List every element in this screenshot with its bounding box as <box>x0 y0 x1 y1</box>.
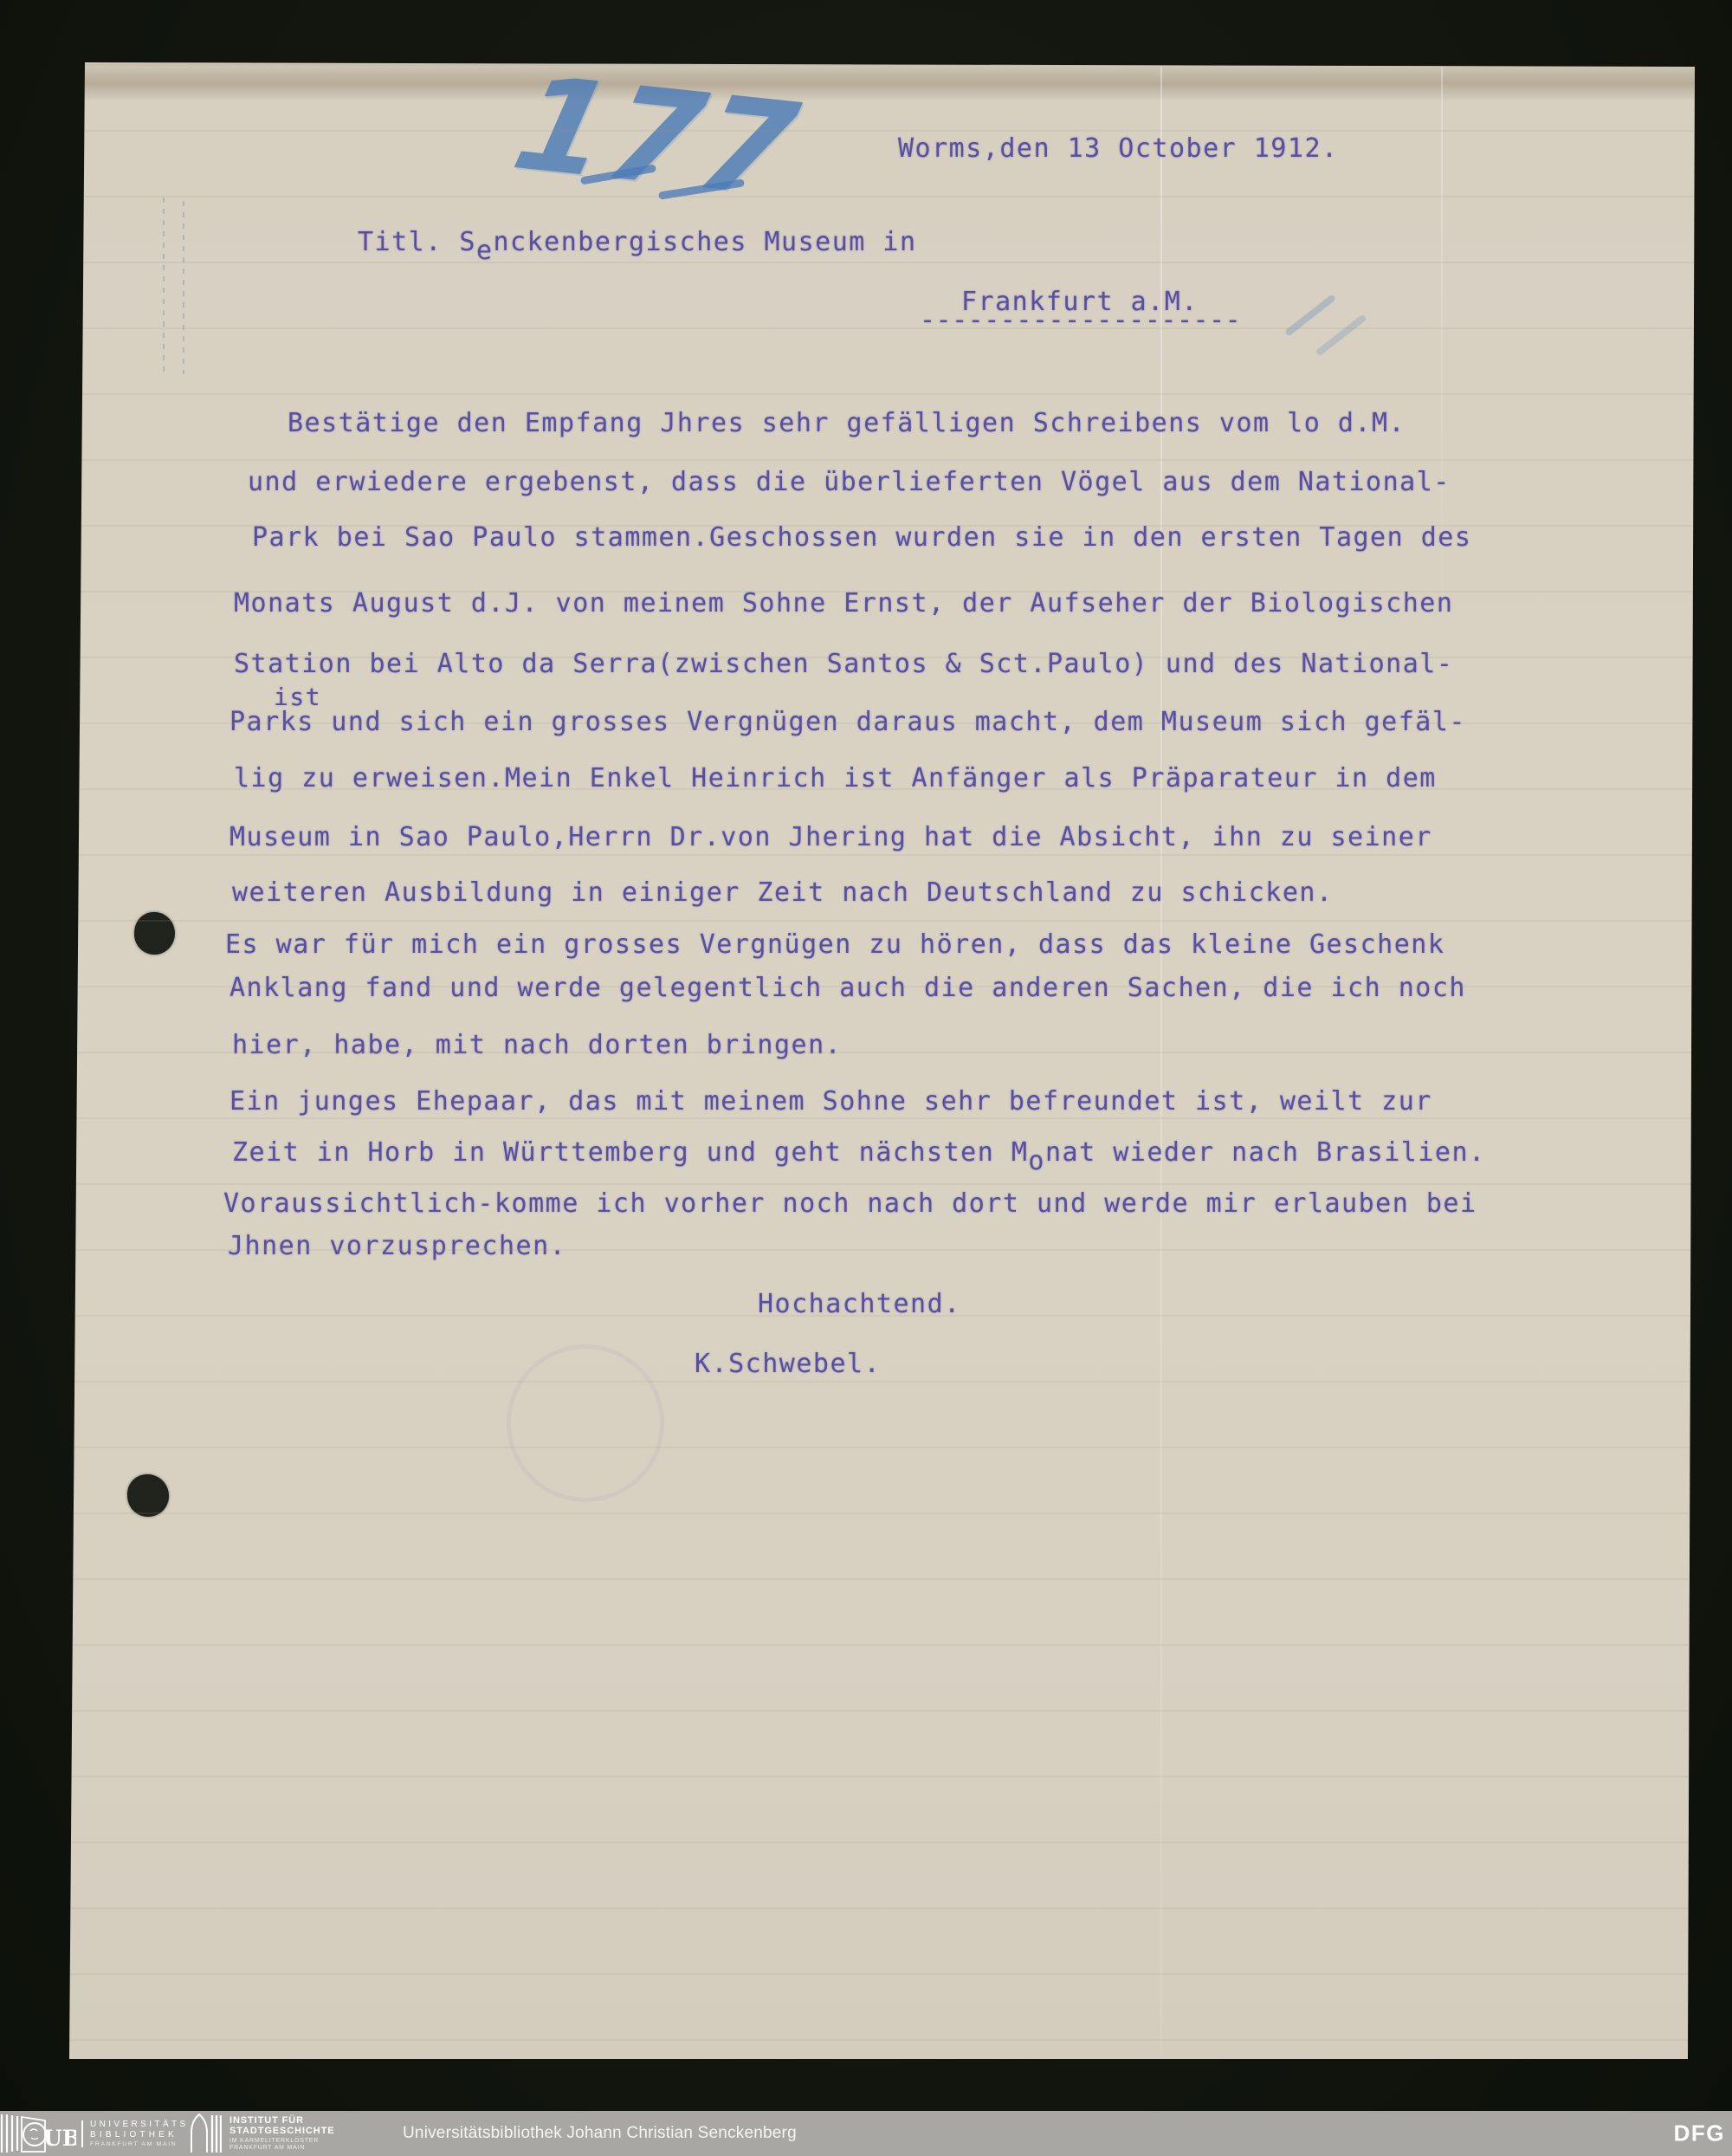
typewritten-line-16: Jhnen vorzusprechen. <box>228 1230 566 1263</box>
typewritten-line-12: hier, habe, mit nach dorten bringen. <box>232 1029 842 1062</box>
closing-line: Hochachtend. <box>758 1288 961 1321</box>
typewritten-line-10: Es war für mich ein grosses Vergnügen zu… <box>225 929 1444 961</box>
ub-logo-icon: UB <box>0 2114 76 2153</box>
typewritten-line-6: Parks und sich ein grosses Vergnügen dar… <box>229 706 1466 739</box>
ub-name-block: UNIVERSITÄTS BIBLIOTHEK FRANKFURT AM MAI… <box>81 2120 189 2147</box>
institute-line1: INSTITUT FÜR <box>229 2116 334 2127</box>
typewritten-line-4: Monats August d.J. von meinem Sohne Erns… <box>234 587 1453 620</box>
ink-show-through <box>1284 294 1336 336</box>
typewritten-line-8: Museum in Sao Paulo,Herrn Dr.von Jhering… <box>229 821 1432 854</box>
recipient-prefix: Titl. S <box>358 227 476 257</box>
library-name-text: Universitätsbibliothek Johann Christian … <box>403 2124 797 2143</box>
institute-line3: IM KARMELITERKLOSTER <box>229 2138 334 2145</box>
typewritten-line-7: lig zu erweisen.Mein Enkel Heinrich ist … <box>234 762 1437 795</box>
signature-line: K.Schwebel. <box>695 1348 881 1381</box>
institute-name-block: INSTITUT FÜR STADTGESCHICHTE IM KARMELIT… <box>229 2116 334 2152</box>
paper-crease <box>1160 67 1162 2057</box>
ub-name-line2: BIBLIOTHEK <box>90 2131 189 2140</box>
ub-name-line1: UNIVERSITÄTS <box>90 2120 189 2129</box>
city-underline-dashes: -------------------- <box>920 304 1241 337</box>
recipient-line: Titl. Senckenbergisches Museum in <box>358 226 917 259</box>
line14-dropped-letter: o <box>1028 1146 1045 1176</box>
typewritten-line-3: Park bei Sao Paulo stammen.Geschossen wu… <box>252 521 1471 554</box>
recipient-dropped-letter: e <box>476 236 494 266</box>
scan-background: 177 Worms,den 13 October 1912. Titl. Sen… <box>0 0 1732 2156</box>
library-footer-bar: UB UNIVERSITÄTS BIBLIOTHEK FRANKFURT AM … <box>0 2111 1732 2156</box>
typewritten-line-15: Voraussichtlich-komme ich vorher noch na… <box>223 1188 1477 1220</box>
recipient-rest: nckenbergisches Museum in <box>494 227 917 257</box>
ub-name-line3: FRANKFURT AM MAIN <box>90 2141 189 2147</box>
punch-hole <box>132 910 178 957</box>
faint-ruling-mark <box>183 201 184 374</box>
ub-abbreviation: UB <box>43 2126 76 2151</box>
institute-line4: FRANKFURT AM MAIN <box>229 2145 334 2152</box>
typewritten-line-11: Anklang fand und werde gelegentlich auch… <box>229 972 1466 1005</box>
university-library-logo-group: UB UNIVERSITÄTS BIBLIOTHEK FRANKFURT AM … <box>0 2114 189 2153</box>
institute-logo-group: INSTITUT FÜR STADTGESCHICHTE IM KARMELIT… <box>187 2114 334 2153</box>
typewritten-line-13: Ein junges Ehepaar, das mit meinem Sohne… <box>229 1085 1432 1118</box>
typewritten-line-1: Bestätige den Empfang Jhres sehr gefälli… <box>288 407 1406 440</box>
paper-top-fold <box>85 62 1695 100</box>
punch-hole <box>126 1473 171 1519</box>
handwritten-page-number: 177 <box>504 60 808 217</box>
line14-part-b: nat wieder nach Brasilien. <box>1045 1137 1486 1168</box>
line14-part-a: Zeit in Horb in Württemberg und geht näc… <box>232 1137 1028 1168</box>
institute-line2: STADTGESCHICHTE <box>229 2127 334 2137</box>
typewritten-line-2: und erwiedere ergebenst, dass die überli… <box>248 466 1451 499</box>
faint-ruling-mark <box>163 197 165 375</box>
typewritten-line-9: weiteren Ausbildung in einiger Zeit nach… <box>232 877 1334 910</box>
typewritten-line-14: Zeit in Horb in Württemberg und geht näc… <box>232 1136 1486 1169</box>
dfg-logo: DFG <box>1674 2120 1725 2147</box>
typewritten-line-5: Station bei Alto da Serra(zwischen Santo… <box>234 648 1453 681</box>
karmeliterkloster-arch-icon <box>187 2114 222 2153</box>
date-line: Worms,den 13 October 1912. <box>898 133 1339 165</box>
faint-stamp <box>507 1344 664 1502</box>
letter-page: 177 Worms,den 13 October 1912. Titl. Sen… <box>0 0 1732 2156</box>
